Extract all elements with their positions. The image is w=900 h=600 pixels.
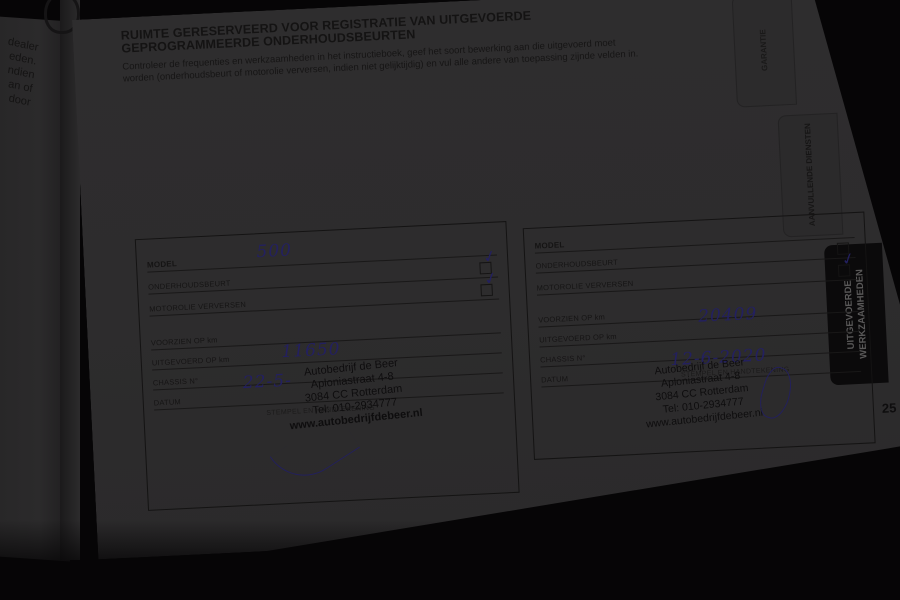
done-km-value: 11650 [281,339,341,362]
service-record-card: MODEL 500 ONDERHOUDSBEURT ✓ MOTOROLIE VE… [135,221,520,511]
service-booklet-page: RUIMTE GERESERVEERD VOOR REGISTRATIE VAN… [72,0,900,559]
tab-garantie[interactable]: GARANTIE [732,0,797,108]
model-value: 500 [256,241,292,263]
oil-checkbox[interactable]: ✓ [480,284,493,297]
oil-checkbox[interactable]: ✓ [838,264,851,277]
service-record-card: MODEL ONDERHOUDSBEURT MOTOROLIE VERVERSE… [523,212,876,460]
photo-scene: dealer eden. ndien an of door RUIMTE GER… [0,0,900,600]
page-number: 25 [882,400,897,416]
table-shadow [0,520,900,600]
previous-page-text: dealer eden. ndien an of door [0,27,39,110]
